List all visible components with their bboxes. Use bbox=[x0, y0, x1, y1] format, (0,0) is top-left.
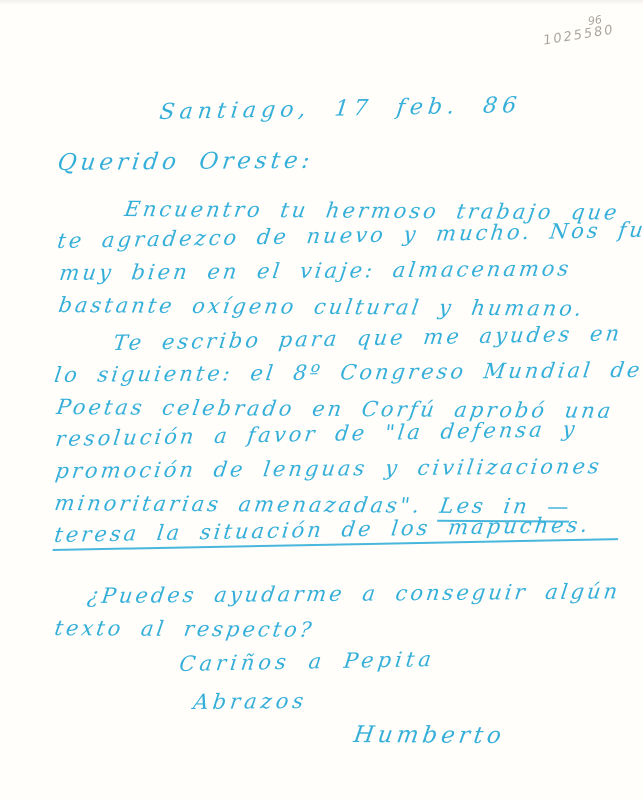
handwritten-line: te agradezco de nuevo y mucho. Nos fue bbox=[56, 217, 643, 253]
closing-line: Cariños a Pepita bbox=[178, 647, 436, 676]
line-text: muy bien en el viaje: almacenamos bbox=[58, 257, 573, 285]
underlined-text: teresa la situación de los mapuches. bbox=[53, 512, 622, 551]
salutation: Querido Oreste: bbox=[56, 148, 315, 176]
line-text: texto al respecto? bbox=[53, 616, 316, 642]
line-text: ¿Puedes ayudarme a conseguir algún bbox=[86, 579, 622, 608]
handwritten-line: lo siguiente: el 8º Congreso Mundial de bbox=[53, 358, 643, 387]
line-text: promoción de lenguas y civilizaciones bbox=[54, 454, 603, 483]
dateline: Santiago, 17 feb. 86 bbox=[158, 93, 523, 125]
handwritten-line: ¿Puedes ayudarme a conseguir algún bbox=[86, 579, 622, 608]
closing-line: Abrazos bbox=[192, 689, 309, 714]
handwritten-line: Te escribo para que me ayudes en bbox=[112, 321, 624, 355]
handwritten-line: bastante oxígeno cultural y humano. bbox=[57, 293, 586, 321]
handwritten-line: muy bien en el viaje: almacenamos bbox=[58, 257, 573, 285]
archival-number: 1025580 bbox=[542, 22, 615, 48]
line-text: te agradezco de nuevo y mucho. Nos fue bbox=[56, 217, 643, 253]
handwritten-line: promoción de lenguas y civilizaciones bbox=[54, 454, 603, 483]
handwritten-line: texto al respecto? bbox=[53, 616, 316, 642]
letter-page: 96 1025580 Santiago, 17 feb. 86 Querido … bbox=[0, 0, 643, 800]
handwritten-line: resolución a favor de "la defensa y bbox=[54, 417, 579, 451]
line-text: minoritarias amenazadas". bbox=[53, 491, 442, 518]
signature: Humberto bbox=[352, 722, 507, 749]
line-text: Te escribo para que me ayudes en bbox=[112, 321, 624, 355]
handwritten-line: teresa la situación de los mapuches. bbox=[53, 512, 622, 547]
line-text: lo siguiente: el 8º Congreso Mundial de bbox=[53, 358, 643, 387]
line-text: resolución a favor de "la defensa y bbox=[54, 417, 579, 451]
line-text: bastante oxígeno cultural y humano. bbox=[57, 293, 586, 321]
